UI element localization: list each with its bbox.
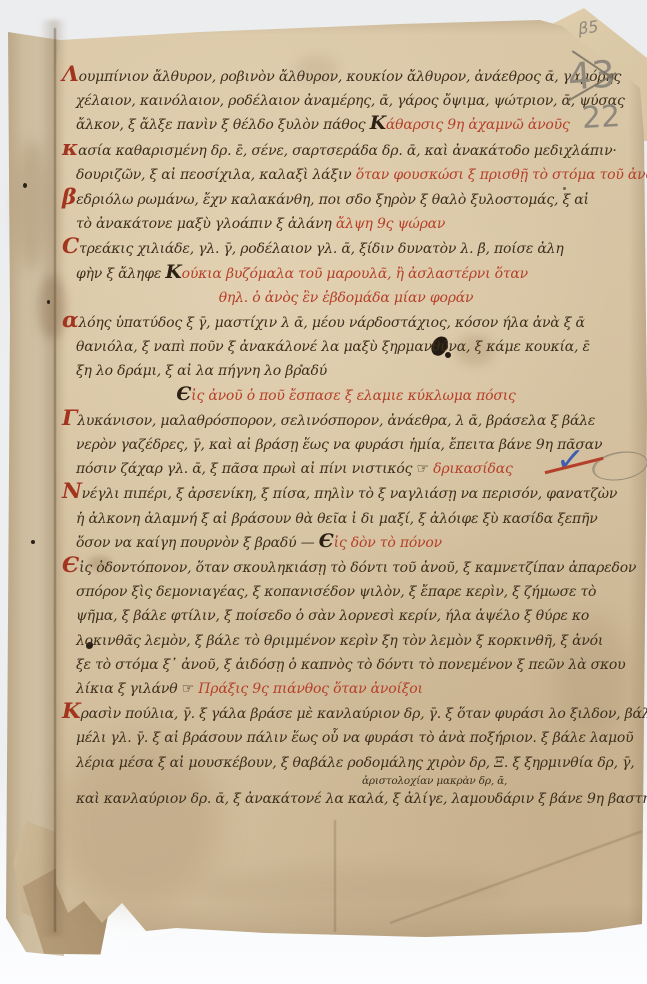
rubric-text: Πράξις 9ς πιάνθος ὅταν ἀνοίξοι bbox=[194, 681, 423, 697]
manuscript-line: κασία καθαρισμένη δρ. ε̄, σένε, σαρτσερά… bbox=[62, 138, 630, 163]
body-text: φὴν ξ ἄληφε bbox=[76, 266, 165, 282]
manuscript-line: λέρια μέσα ξ αἰ μουσκέβουν, ξ θαβάλε ροδ… bbox=[62, 751, 630, 775]
manuscript-line: ψῆμα, ξ βάλε φτίλιν, ξ ποίσεδο ὁ σὰν λορ… bbox=[62, 604, 630, 628]
body-text: τὸ ἀνακάτονε μαξὺ γλοάπιν ξ ἀλάνη bbox=[76, 216, 336, 232]
rubric-text: άθαρσις 9η ἀχαμνῶ ἀνοῦς bbox=[386, 117, 570, 133]
manuscript-line: δουριζῶν, ξ αἰ πεοσίχιλα, καλαξὶ λάξιν ὅ… bbox=[62, 163, 630, 187]
manuscript-line: φὴν ξ ἄληφε Κούκια βυζόμαλα τοῦ μαρουλᾶ,… bbox=[62, 262, 630, 286]
manuscript-line: ξη λο δράμι, ξ αἰ λα πήγνη λο βραδύ bbox=[62, 359, 630, 383]
body-text: θανιόλα, ξ ναπὶ ποῦν ξ ἀνακάλονέ λα μαξὺ… bbox=[76, 339, 590, 355]
body-text: ασία καθαρισμένη δρ. ε̄, σένε, σαρτσεράδ… bbox=[78, 143, 617, 159]
body-text: πόσιν ζάχαρ γλ. ᾱ, ξ πᾶσα πρωὶ αἰ πίνι ν… bbox=[76, 461, 416, 477]
drop-cap-initial: κ bbox=[62, 136, 78, 161]
manuscript-line: βεδριόλω ρωμάνω, ἔχν καλακάνθη, ποι σδο … bbox=[62, 187, 630, 212]
manuscript-scan: Λουμπίνιον ἄλθυρον, ροβινὸν ἄλθυρον, κου… bbox=[0, 0, 647, 984]
rubric-text: ἄλψη 9ς ψώραν bbox=[336, 216, 445, 232]
manuscript-line: Κρασὶν πούλια, γ̄. ξ γάλα βράσε μὲ κανλα… bbox=[62, 701, 630, 726]
body-text: λόης ὑπατύδος ξ γ̄, μαστίχιν λ ᾱ, μέου ν… bbox=[79, 315, 585, 331]
body-text: λίκια ξ γιλάνθ bbox=[76, 681, 182, 697]
body-text: λοκινθᾶς λεμὸν, ξ βάλε τὸ θριμμένον κερὶ… bbox=[76, 633, 603, 649]
manuscript-line: θανιόλα, ξ ναπὶ ποῦν ξ ἀνακάλονέ λα μαξὺ… bbox=[62, 335, 630, 359]
drop-cap-initial: Ν bbox=[62, 479, 82, 504]
rubric-text: ούκια βυζόμαλα τοῦ μαρουλᾶ, ἢ ἀσλαστέρνι… bbox=[182, 266, 528, 282]
manuscript-line: νερὸν γαζέδρες, γ̄, καὶ αἰ βράσῃ ἕως να … bbox=[62, 433, 630, 457]
body-text: ψῆμα, ξ βάλε φτίλιν, ξ ποίσεδο ὁ σὰν λορ… bbox=[76, 608, 589, 624]
body-text: ξη λο δράμι, ξ αἰ λα πήγνη λο βραδύ bbox=[76, 363, 327, 379]
manuscript-line: τὸ ἀνακάτονε μαξὺ γλοάπιν ξ ἀλάνη ἄλψη 9… bbox=[62, 212, 630, 236]
body-text: ἰς ὀδοντόπονον, ὅταν σκουληκιάσῃ τὸ δόντ… bbox=[79, 560, 636, 576]
body-text: ἀριστολοχίαν μακρὰν δρ, ᾱ, bbox=[362, 775, 507, 787]
body-text: νέγλι πιπέρι, ξ ἀρσενίκη, ξ πίσα, πηλὶν … bbox=[82, 486, 618, 502]
body-text: καὶ κανλαύριον δρ. ᾱ, ξ ἀνακάτονέ λα καλ… bbox=[76, 791, 647, 807]
pencil-page-number: 22 bbox=[581, 99, 621, 136]
body-text: χέλαιον, καινόλαιον, ροδέλαιον ἀναμέρης,… bbox=[76, 93, 625, 109]
drop-cap-initial: Γ bbox=[62, 406, 77, 431]
manuscript-line: ξε τὸ στόμα ξ᾿ ἀνοῦ, ξ ἀιδόσῃ ὁ καπνὸς τ… bbox=[62, 653, 630, 677]
body-text: ἡ ἀλκονη ἀλαμνή ξ αἰ βράσουν θὰ θεῖα ἰ δ… bbox=[76, 511, 598, 527]
manuscript-line: Єἰς ἀνοῦ ὁ ποῦ ἔσπασε ξ ελαμιε κύκλωμα π… bbox=[62, 384, 630, 408]
body-text: λυκάνισον, μαλαθρόσπορον, σελινόσπορον, … bbox=[77, 413, 595, 429]
manuscript-line: Єἰς ὀδοντόπονον, ὅταν σκουληκιάσῃ τὸ δόν… bbox=[62, 555, 630, 580]
manuscript-line: Λουμπίνιον ἄλθυρον, ροβινὸν ἄλθυρον, κου… bbox=[62, 64, 630, 89]
body-text: μέλι γλ. γ̄. ξ αἰ βράσουν πάλιν ἕως οὗ ν… bbox=[76, 730, 633, 746]
manuscript-line: αλόης ὑπατύδος ξ γ̄, μαστίχιν λ ᾱ, μέου … bbox=[62, 310, 630, 335]
body-text: τρεάκις χιλιάδε, γλ. γ̄, ροδέλαιον γλ. ᾱ… bbox=[79, 241, 563, 257]
rubric-text: θηλ. ὁ ἀνὸς ἓν ἑβδομάδα μίαν φοράν bbox=[219, 290, 474, 306]
manuscript-line: ὅσον να καίγη πουρνὸν ξ βραδύ — Єἰς δὸν … bbox=[62, 531, 630, 555]
drop-cap-initial: Κ bbox=[62, 699, 81, 724]
body-text: Κ bbox=[370, 112, 386, 134]
drop-cap-initial: α bbox=[62, 308, 79, 333]
body-text: δουριζῶν, ξ αἰ πεοσίχιλα, καλαξὶ λάξιν bbox=[76, 167, 356, 183]
manuscript-line: καὶ κανλαύριον δρ. ᾱ, ξ ἀνακάτονέ λα καλ… bbox=[62, 787, 630, 811]
manuscript-line: λοκινθᾶς λεμὸν, ξ βάλε τὸ θριμμένον κερὶ… bbox=[62, 629, 630, 653]
manuscript-line: Ννέγλι πιπέρι, ξ ἀρσενίκη, ξ πίσα, πηλὶν… bbox=[62, 481, 630, 506]
manuscript-line: λίκια ξ γιλάνθ ☞ Πράξις 9ς πιάνθος ὅταν … bbox=[62, 677, 630, 701]
body-text: εδριόλω ρωμάνω, ἔχν καλακάνθη, ποι σδο ξ… bbox=[76, 192, 589, 208]
body-text: Є bbox=[176, 383, 191, 405]
body-text: λέρια μέσα ξ αἰ μουσκέβουν, ξ θαβάλε ροδ… bbox=[76, 755, 635, 771]
rubric-text: ἰς δὸν τὸ πόνον bbox=[334, 535, 442, 551]
body-text: ουμπίνιον ἄλθυρον, ροβινὸν ἄλθυρον, κουκ… bbox=[79, 69, 622, 85]
rubric-text: δρικασίδας bbox=[429, 461, 513, 477]
manuscript-line: θηλ. ὁ ἀνὸς ἓν ἑβδομάδα μίαν φοράν bbox=[62, 286, 630, 310]
body-text: νερὸν γαζέδρες, γ̄, καὶ αἰ βράσῃ ἕως να … bbox=[76, 437, 602, 453]
body-text: Κ bbox=[165, 261, 181, 283]
gutter-crease bbox=[54, 28, 56, 932]
drop-cap-initial: Λ bbox=[62, 62, 79, 87]
drop-cap-initial: Є bbox=[62, 553, 79, 578]
manuscript-line: σπόρον ξὶς δεμονιαγέας, ξ κοπανισέδον ψι… bbox=[62, 580, 630, 604]
manicule-icon: ☞ bbox=[182, 681, 194, 697]
manuscript-line: Γλυκάνισον, μαλαθρόσπορον, σελινόσπορον,… bbox=[62, 408, 630, 433]
rubric-text: ἰς ἀνοῦ ὁ ποῦ ἔσπασε ξ ελαμιε κύκλωμα πό… bbox=[191, 388, 515, 404]
pencil-top-mark: β5 bbox=[577, 17, 600, 39]
drop-cap-initial: Ϲ bbox=[62, 234, 79, 259]
body-text: σπόρον ξὶς δεμονιαγέας, ξ κοπανισέδον ψι… bbox=[76, 584, 596, 600]
body-text: Є bbox=[319, 530, 334, 552]
drop-cap-initial: β bbox=[62, 185, 76, 210]
body-text: ἄλκον, ξ ἄλξε πανὶν ξ θέλδο ξυλὸν πάθος bbox=[76, 117, 370, 133]
manuscript-line: ἄλκον, ξ ἄλξε πανὶν ξ θέλδο ξυλὸν πάθος … bbox=[62, 113, 630, 137]
manuscript-line: ἀριστολοχίαν μακρὰν δρ, ᾱ, bbox=[62, 775, 630, 787]
text-block: Λουμπίνιον ἄλθυρον, ροβινὸν ἄλθυρον, κου… bbox=[62, 64, 630, 811]
manuscript-line: μέλι γλ. γ̄. ξ αἰ βράσουν πάλιν ἕως οὗ ν… bbox=[62, 726, 630, 750]
manuscript-line: χέλαιον, καινόλαιον, ροδέλαιον ἀναμέρης,… bbox=[62, 89, 630, 113]
manicule-icon: ☞ bbox=[416, 461, 428, 477]
manuscript-line: Ϲτρεάκις χιλιάδε, γλ. γ̄, ροδέλαιον γλ. … bbox=[62, 236, 630, 261]
manuscript-line: πόσιν ζάχαρ γλ. ᾱ, ξ πᾶσα πρωὶ αἰ πίνι ν… bbox=[62, 457, 630, 481]
body-text: ὅσον να καίγη πουρνὸν ξ βραδύ — bbox=[76, 535, 319, 551]
body-text: ξε τὸ στόμα ξ᾿ ἀνοῦ, ξ ἀιδόσῃ ὁ καπνὸς τ… bbox=[76, 657, 625, 673]
body-text: ρασὶν πούλια, γ̄. ξ γάλα βράσε μὲ κανλαύ… bbox=[81, 706, 647, 722]
rubric-text: ὅταν φουσκώσι ξ πρισθῇ τὸ στόμα τοῦ ἀνοῦ bbox=[356, 167, 647, 183]
manuscript-line: ἡ ἀλκονη ἀλαμνή ξ αἰ βράσουν θὰ θεῖα ἰ δ… bbox=[62, 507, 630, 531]
check-mark-icon: ✓ bbox=[555, 439, 586, 481]
